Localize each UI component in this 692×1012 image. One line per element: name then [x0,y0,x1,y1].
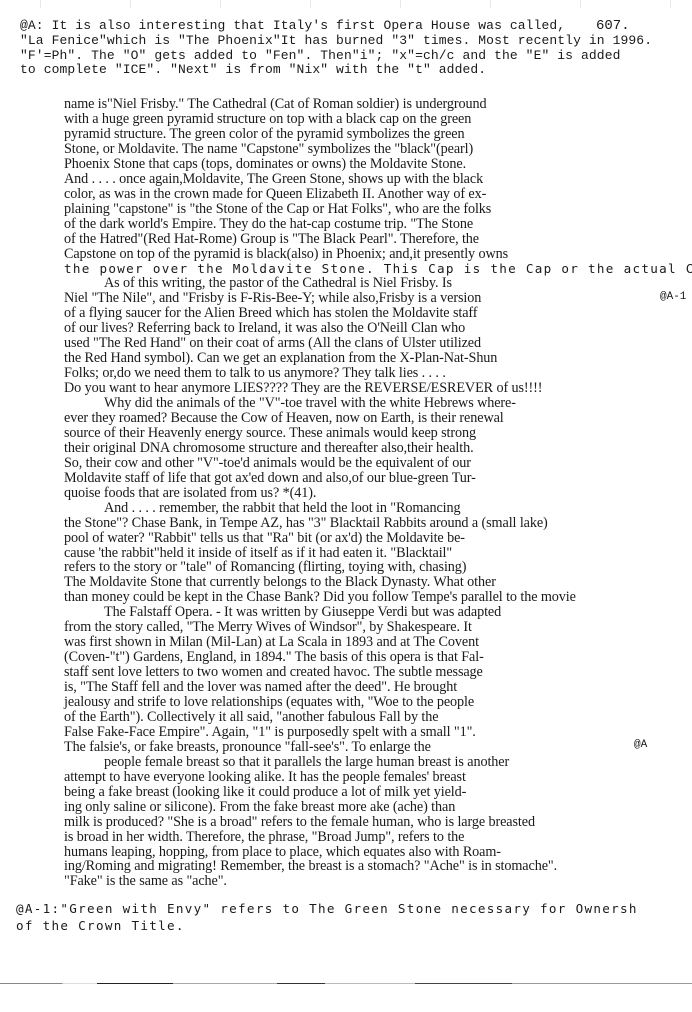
body-line: As of this writing, the pastor of the Ca… [104,276,452,291]
body-line: And . . . . once again,Moldavite, The Gr… [64,172,483,187]
body-line: Why did the animals of the "V"-toe trave… [104,396,516,411]
footnote-line: @A-1:"Green with Envy" refers to The Gre… [16,901,638,916]
body-line: milk is produced? "She is a broad" refer… [64,815,535,830]
body-line: Niel "The Nile", and "Frisby is F-Ris-Be… [64,291,481,306]
body-line: name is"Niel Frisby." The Cathedral (Cat… [64,97,486,112]
body-line: Do you want to hear anymore LIES???? The… [64,381,542,396]
body-line: False Fake-Face Empire". Again, "1" is p… [64,725,476,740]
body-line: cause 'the rabbit"held it inside of itse… [64,546,452,561]
footnote-line: "La Fenice"which is "The Phoenix"It has … [20,33,652,48]
scan-artifact [0,0,692,8]
body-line: pyramid structure. The green color of th… [64,127,465,142]
body-line: people female breast so that it parallel… [104,755,509,770]
body-line: (Coven-"t") Gardens, England, in 1894." … [64,650,484,665]
body-line: the Stone"? Chase Bank, in Tempe AZ, has… [64,516,548,531]
body-line: ing only saline or silicone). From the f… [64,800,455,815]
body-line: color, as was in the crown made for Quee… [64,187,486,202]
body-line: is, "The Staff fell and the lover was na… [64,680,457,695]
body-line: source of their Heavenly energy source. … [64,426,476,441]
body-line: The Falstaff Opera. - It was written by … [104,605,501,620]
body-line: plaining "capstone" is "the Stone of the… [64,202,491,217]
body-line: "Fake" is the same as "ache". [64,874,227,889]
body-line: of the dark world's Empire. They do the … [64,217,473,232]
body-line: And . . . . remember, the rabbit that he… [104,501,460,516]
body-line: ever they roamed? Because the Cow of Hea… [64,411,504,426]
body-line: staff sent love letters to two women and… [64,665,483,680]
body-line: of our lives? Referring back to Ireland,… [64,321,465,336]
body-line: being a fake breast (looking like it cou… [64,785,466,800]
body-line: pool of water? "Rabbit" tells us that "R… [64,531,465,546]
page-bottom-rule [0,983,692,984]
body-line: quoise foods that are isolated from us? … [64,486,316,501]
margin-note-a1: @A-1 [660,291,686,303]
footnote-line: "F'=Ph". The "O" gets added to "Fen". Th… [20,48,621,63]
body-line: from the story called, "The Merry Wives … [64,620,472,635]
body-line: the power over the Moldavite Stone. This… [64,261,692,276]
footnote-line: @A: It is also interesting that Italy's … [20,18,565,33]
page-number: 607. [596,18,630,34]
body-line: Capstone on top of the pyramid is black(… [64,247,508,262]
body-line: Moldavite staff of life that got ax'ed d… [64,471,476,486]
body-line: refers to the story or "tale" of Romanci… [64,560,466,575]
margin-note-a: @A [634,739,647,751]
footnote-line: to complete "ICE". "Next" is from "Nix" … [20,62,486,77]
body-line: of the Earth"). Collectively it all said… [64,710,438,725]
body-line: than money could be kept in the Chase Ba… [64,590,576,605]
body-line: humans leaping, hopping, from place to p… [64,845,501,860]
body-line: Stone, or Moldavite. The name "Capstone"… [64,142,473,157]
body-line: The Moldavite Stone that currently belon… [64,575,496,590]
body-line: of the Hatred"(Red Hat-Rome) Group is "T… [64,232,479,247]
body-line: used "The Red Hand" on their coat of arm… [64,336,481,351]
body-line: ing/Roming and migrating! Remember, the … [64,859,557,874]
body-line: The falsie's, or fake breasts, pronounce… [64,740,431,755]
body-line: was first shown in Milan (Mil-Lan) at La… [64,635,479,650]
footnote-line: of the Crown Title. [16,918,185,933]
body-line: Folks; or,do we need them to talk to us … [64,366,446,381]
body-line: Phoenix Stone that caps (tops, dominates… [64,157,466,172]
body-line: with a huge green pyramid structure on t… [64,112,471,127]
body-line: is broad in her width. Therefore, the ph… [64,830,464,845]
body-line: jealousy and strife to love relationship… [64,695,474,710]
body-line: of a flying saucer for the Alien Breed w… [64,306,477,321]
body-line: their original DNA chromosome structure … [64,441,474,456]
body-line: So, their cow and other "V"-toe'd animal… [64,456,471,471]
body-line: the Red Hand symbol). Can we get an expl… [64,351,497,366]
body-line: attempt to have everyone looking alike. … [64,770,466,785]
